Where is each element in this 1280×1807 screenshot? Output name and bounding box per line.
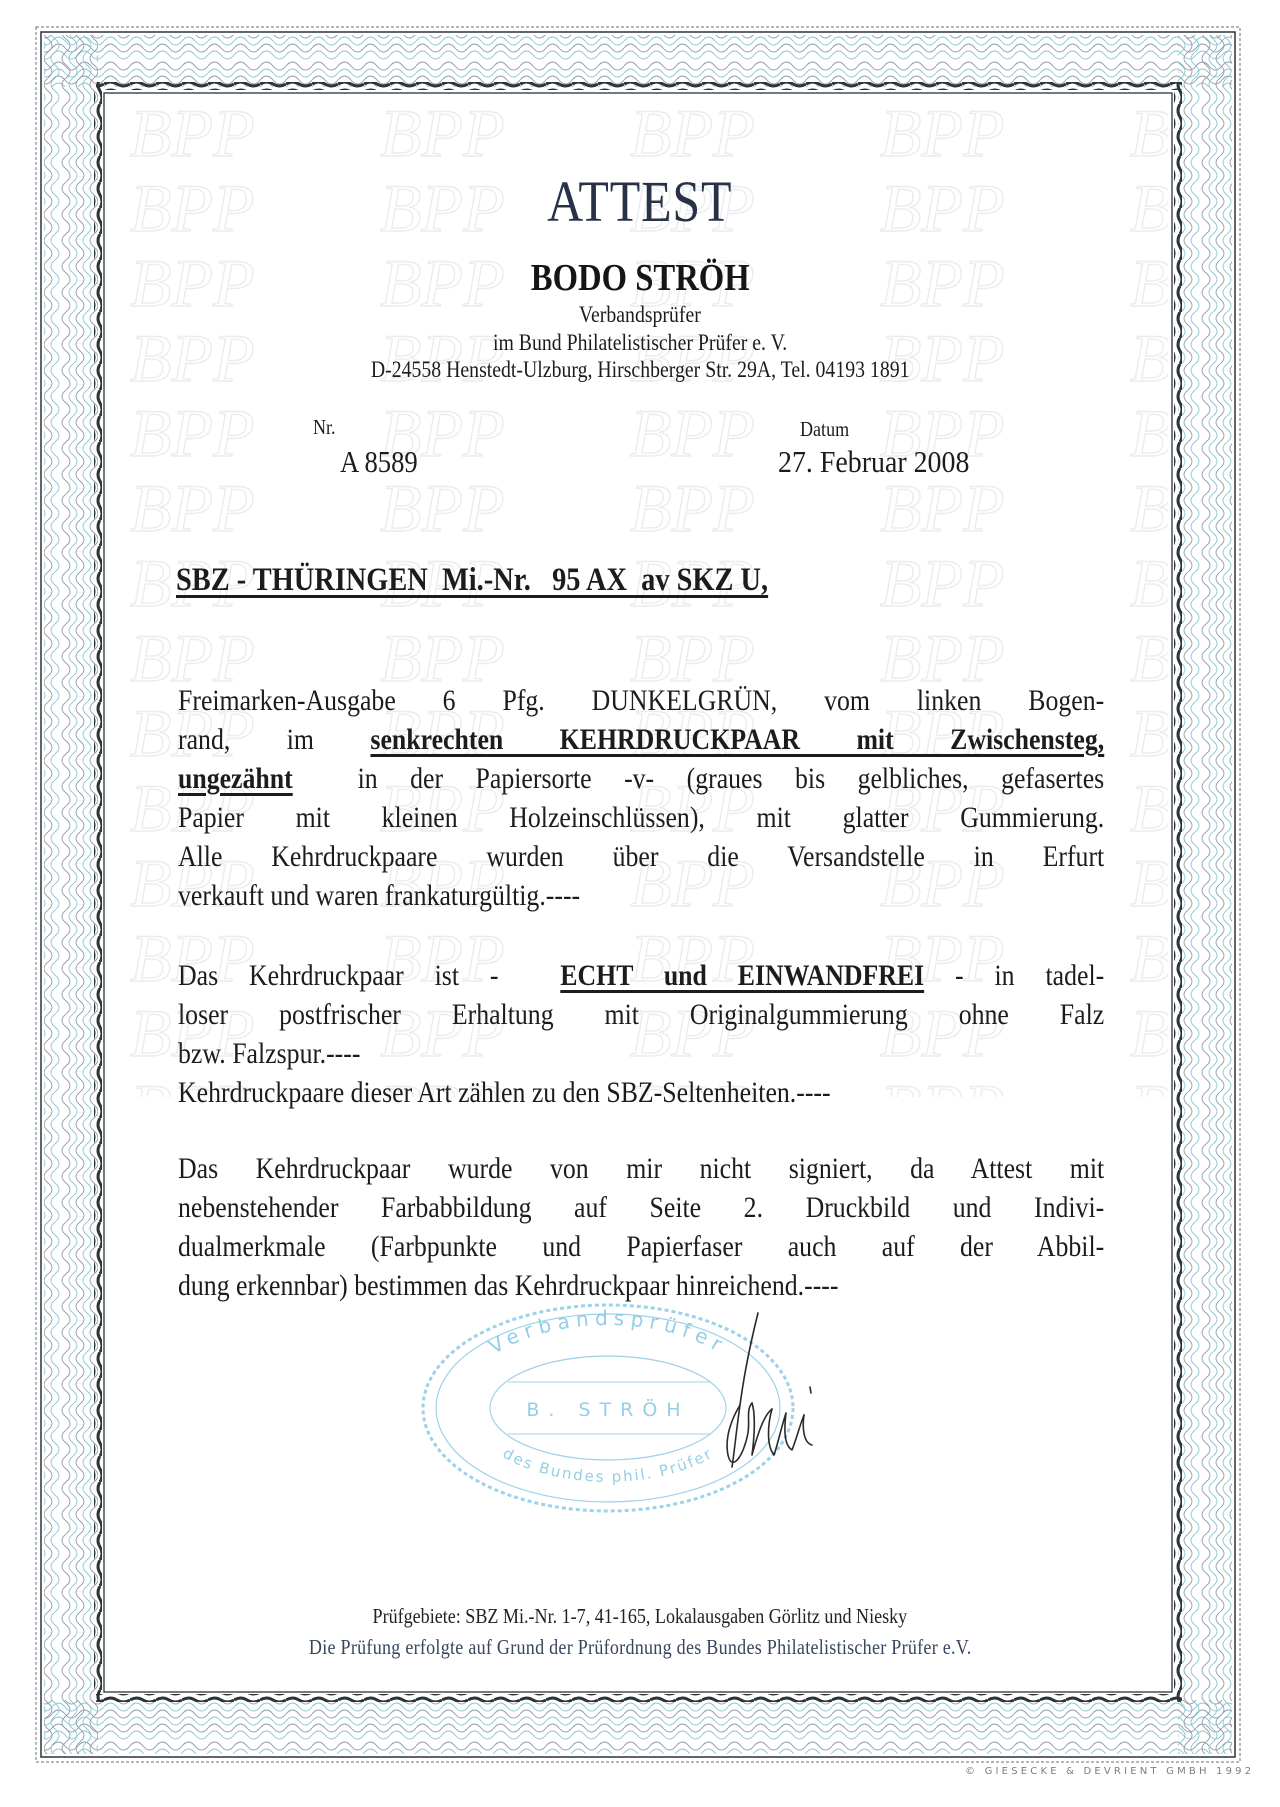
exam-regulation-note: Die Prüfung erfolgte auf Grund der Prüfo…: [0, 1635, 1280, 1660]
stamp-catalog-heading: SBZ - THÜRINGEN Mi.-Nr. 95 AX av SKZ U,: [176, 562, 865, 599]
stamp-top-text: Verbandsprüfer: [484, 1306, 731, 1359]
examiner-association: im Bund Philatelistischer Prüfer e. V.: [0, 330, 1280, 356]
examiner-role: Verbandsprüfer: [0, 302, 1280, 328]
examiner-signature: [700, 1305, 830, 1485]
document-title: ATTEST: [0, 168, 1280, 235]
stamp-center-text: B. STRÖH: [526, 1398, 689, 1421]
svg-text:des Bundes phil. Prüfer: des Bundes phil. Prüfer: [500, 1444, 716, 1486]
examiner-name: BODO STRÖH: [0, 256, 1280, 300]
description-paragraph: Freimarken-Ausgabe 6 Pfg. DUNKELGRÜN, vo…: [178, 681, 1104, 915]
examiner-address: D-24558 Henstedt-Ulzburg, Hirschberger S…: [0, 357, 1280, 383]
copyright-notice: © GIESECKE & DEVRIENT GMBH 1992: [965, 1766, 1254, 1777]
emphasis-kehrdruckpaar: senkrechten KEHRDRUCKPAAR mit Zwischenst…: [370, 723, 1104, 756]
date-label: Datum: [800, 417, 857, 442]
svg-text:Verbandsprüfer: Verbandsprüfer: [484, 1306, 731, 1359]
signature-note-paragraph: Das Kehrdruckpaar wurde von mir nicht si…: [178, 1149, 1104, 1305]
p1-line: Freimarken-Ausgabe 6 Pfg. DUNKELGRÜN, vo…: [178, 681, 1104, 720]
exam-areas: Prüfgebiete: SBZ Mi.-Nr. 1-7, 41-165, Lo…: [0, 1604, 1280, 1629]
condition-paragraph: Das Kehrdruckpaar ist - ECHT und EINWAND…: [178, 956, 1104, 1112]
emphasis-ungezaehnt: ungezähnt: [178, 762, 293, 795]
certificate-date: 27. Februar 2008: [778, 444, 991, 480]
certificate-number: A 8589: [340, 444, 430, 480]
number-label: Nr.: [313, 415, 339, 440]
verdict-echt-einwandfrei: ECHT und EINWANDFREI: [560, 959, 924, 992]
stamp-bottom-text: des Bundes phil. Prüfer: [500, 1444, 716, 1486]
